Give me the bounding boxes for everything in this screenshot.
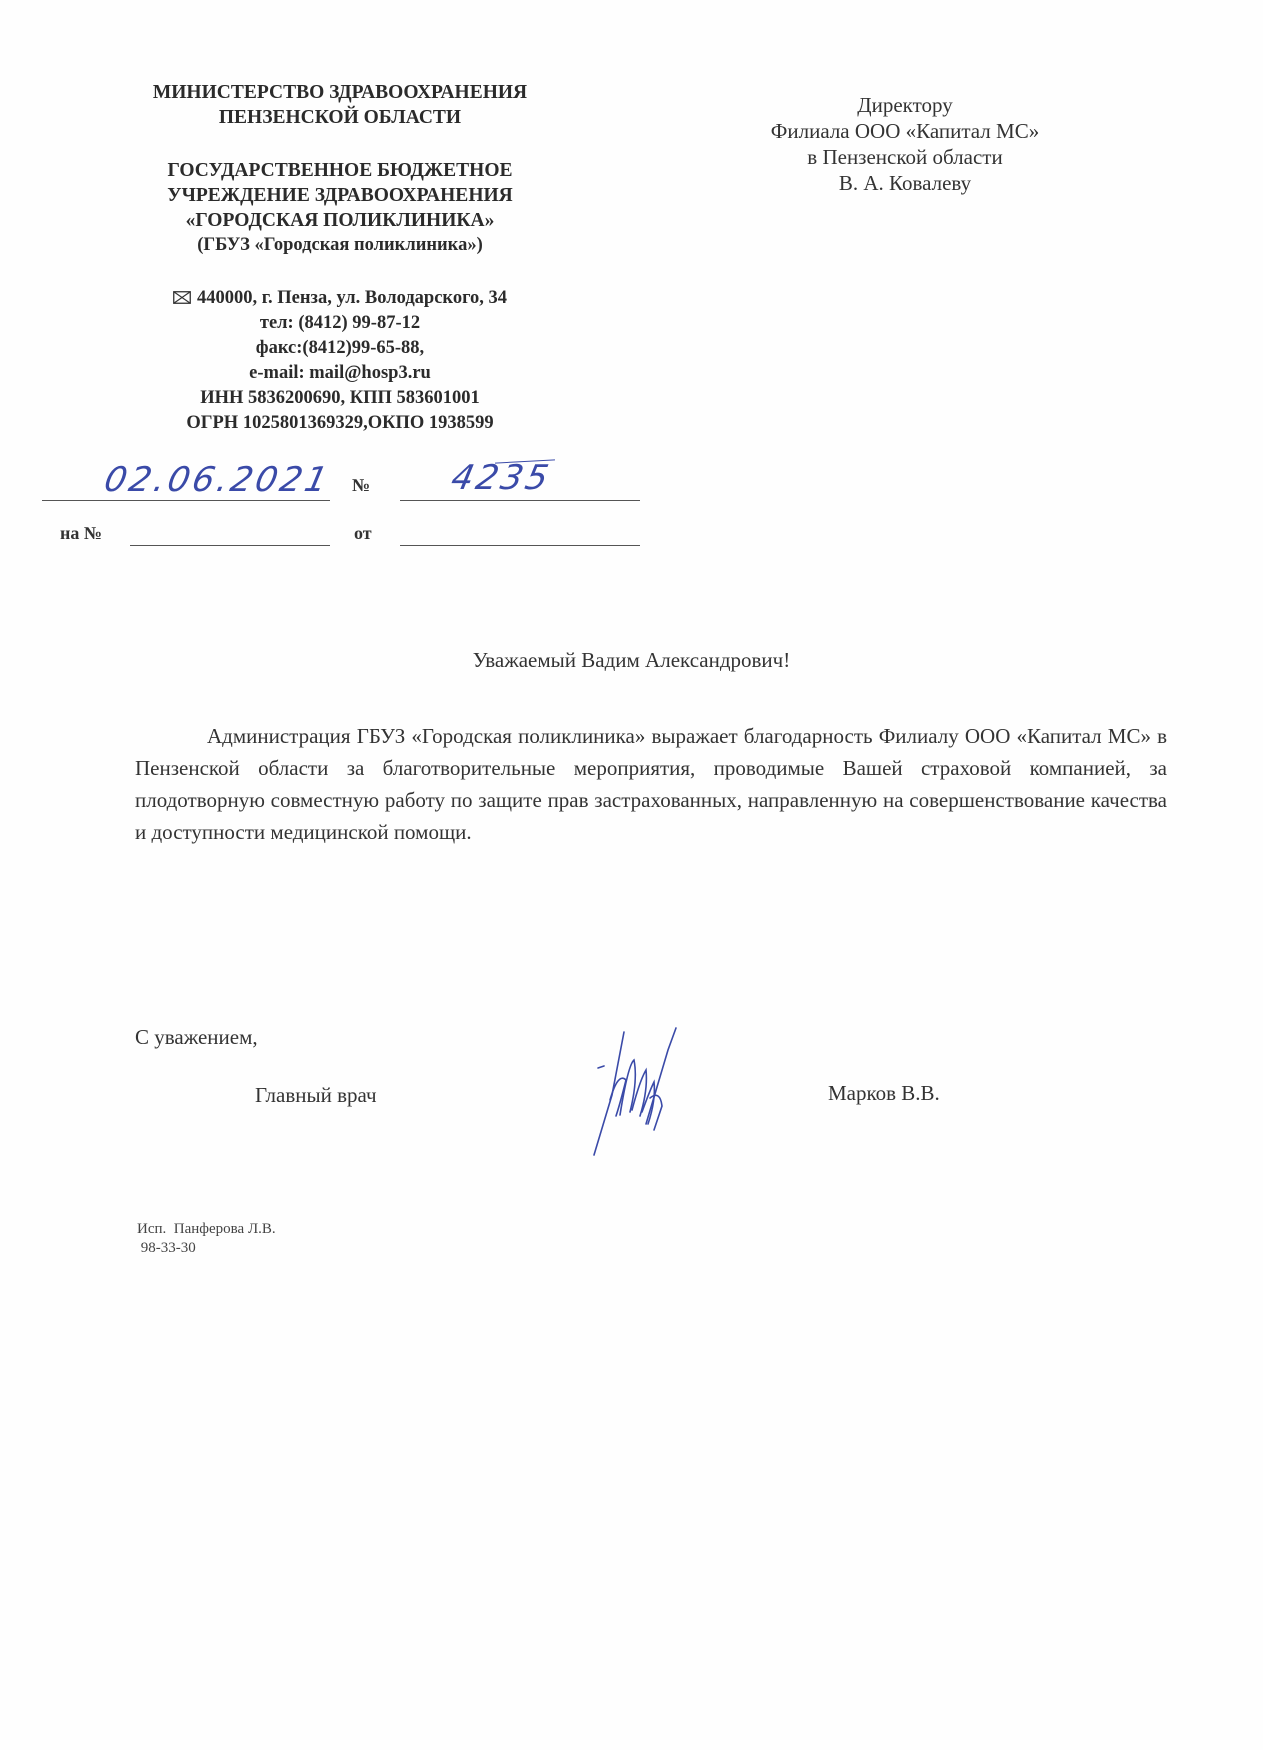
outgoing-date: 02.06.2021 — [101, 460, 334, 500]
reply-to-label: на № — [60, 523, 102, 544]
org-line-2: УЧРЕЖДЕНИЕ ЗДРАВООХРАНЕНИЯ — [100, 183, 580, 208]
number-line — [400, 500, 640, 501]
letter-body: Администрация ГБУЗ «Городская поликлиник… — [135, 720, 1167, 848]
number-label: № — [352, 475, 370, 496]
letterhead: МИНИСТЕРСТВО ЗДРАВООХРАНЕНИЯ ПЕНЗЕНСКОЙ … — [100, 80, 580, 436]
org-line-3: «ГОРОДСКАЯ ПОЛИКЛИНИКА» — [100, 208, 580, 233]
address-text: 440000, г. Пенза, ул. Володарского, 34 — [197, 288, 507, 308]
address-line: 440000, г. Пенза, ул. Володарского, 34 — [100, 286, 580, 311]
email-line: e-mail: mail@hosp3.ru — [100, 361, 580, 386]
inn-kpp-line: ИНН 5836200690, КПП 583601001 — [100, 386, 580, 411]
addressee-line-2: Филиала ООО «Капитал МС» — [740, 118, 1070, 144]
executor-block: Исп. Панферова Л.В. 98-33-30 — [137, 1220, 276, 1258]
body-paragraph: Администрация ГБУЗ «Городская поликлиник… — [135, 720, 1167, 848]
executor-name: Исп. Панферова Л.В. — [137, 1220, 276, 1239]
addressee-line-4: В. А. Ковалеву — [740, 170, 1070, 196]
addressee-block: Директору Филиала ООО «Капитал МС» в Пен… — [740, 92, 1070, 196]
greeting: Уважаемый Вадим Александрович! — [0, 648, 1263, 673]
fax-line: факс:(8412)99-65-88, — [100, 336, 580, 361]
closing: С уважением, — [135, 1025, 258, 1050]
signer-position: Главный врач — [255, 1083, 377, 1108]
phone-line: тел: (8412) 99-87-12 — [100, 311, 580, 336]
outgoing-number: 4235 — [448, 458, 555, 498]
from-label: от — [354, 523, 372, 544]
date-line — [42, 500, 330, 501]
executor-phone: 98-33-30 — [137, 1239, 276, 1258]
ministry-line-2: ПЕНЗЕНСКОЙ ОБЛАСТИ — [100, 105, 580, 130]
signature-icon — [590, 1020, 730, 1165]
envelope-icon — [173, 291, 191, 304]
addressee-line-3: в Пензенской области — [740, 144, 1070, 170]
signer-name: Марков В.В. — [828, 1081, 940, 1106]
ministry-line-1: МИНИСТЕРСТВО ЗДРАВООХРАНЕНИЯ — [100, 80, 580, 105]
ogrn-okpo-line: ОГРН 1025801369329,ОКПО 1938599 — [100, 411, 580, 436]
reply-to-line — [130, 545, 330, 546]
org-short-name: (ГБУЗ «Городская поликлиника») — [100, 233, 580, 258]
org-line-1: ГОСУДАРСТВЕННОЕ БЮДЖЕТНОЕ — [100, 158, 580, 183]
from-line — [400, 545, 640, 546]
addressee-line-1: Директору — [740, 92, 1070, 118]
